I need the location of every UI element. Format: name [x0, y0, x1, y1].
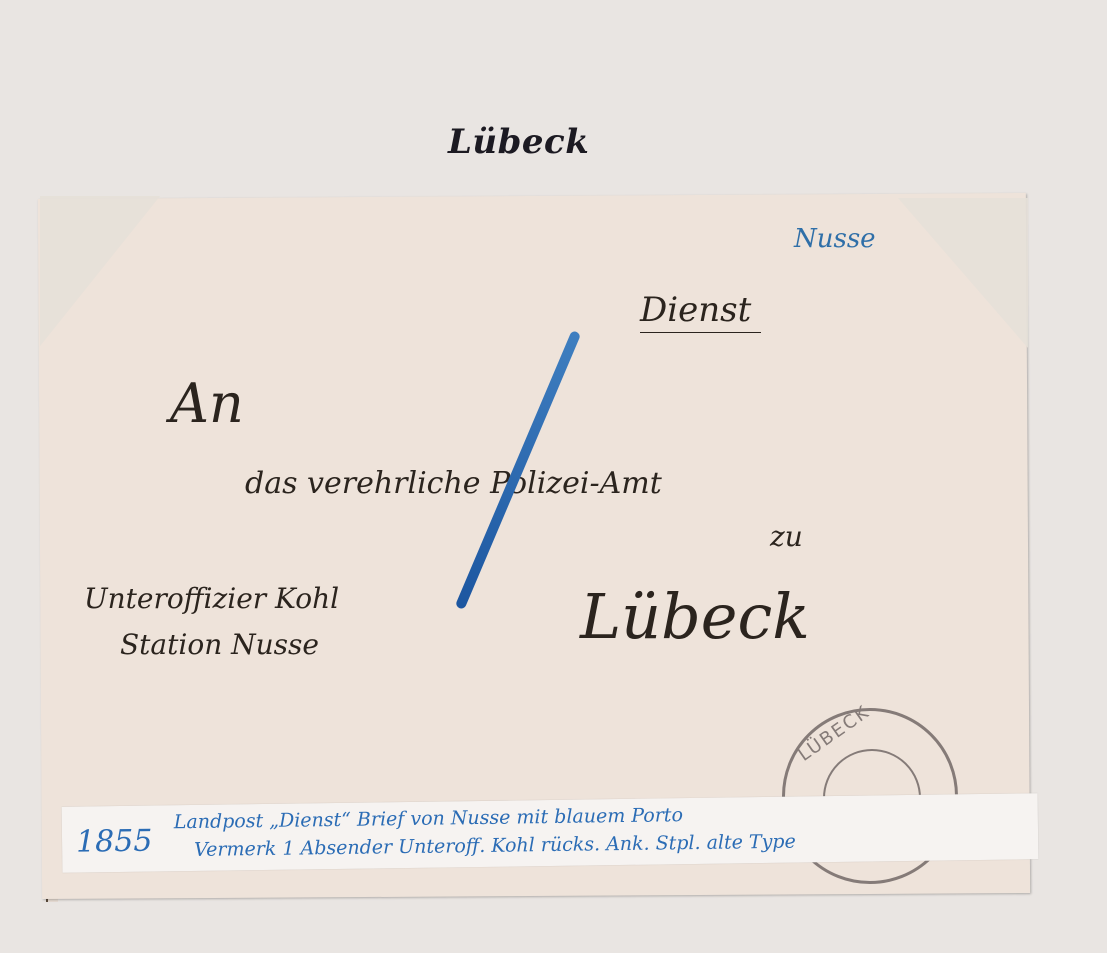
address-line-3: zu: [770, 520, 803, 553]
photo-corner-top-right: [898, 198, 1028, 348]
sender-line-2: Station Nusse: [120, 628, 319, 661]
photo-corner-top-left: [40, 196, 160, 346]
label-line-1: Landpost „Dienst“ Brief von Nusse mit bl…: [174, 804, 683, 833]
sender-line-1: Unteroffizier Kohl: [84, 582, 339, 615]
origin-note: Nusse: [794, 224, 876, 254]
description-label: 1855 Landpost „Dienst“ Brief von Nusse m…: [62, 793, 1039, 873]
address-line-2: das verehrliche Polizei-Amt: [245, 466, 662, 501]
address-line-1: An: [170, 372, 244, 435]
service-mark: Dienst: [640, 290, 761, 333]
label-year: 1855: [76, 824, 153, 860]
label-line-2: Vermerk 1 Absender Unteroff. Kohl rücks.…: [194, 831, 796, 861]
address-city: Lübeck: [580, 580, 810, 653]
album-page-title: Lübeck: [448, 122, 589, 162]
